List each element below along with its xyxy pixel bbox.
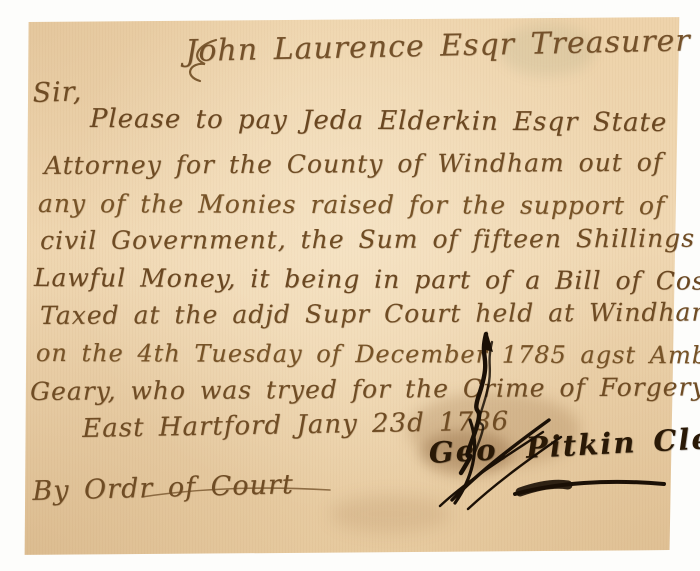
body-line: Attorney for the County of Windham out o…	[44, 148, 663, 180]
body-line: on the 4th Tuesday of December 1785 agst…	[36, 339, 700, 370]
body-line: any of the Monies raised for the support…	[38, 189, 665, 220]
body-line: Please to pay Jeda Elderkin Esqr State	[90, 104, 668, 138]
body-line: Taxed at the adjd Supr Court held at Win…	[40, 297, 700, 330]
body-line: Lawful Money, it being in part of a Bill…	[34, 263, 700, 296]
scanned-document-view: John Laurence Esqr Treasurer Sir, Please…	[0, 0, 700, 571]
salutation: Sir,	[32, 76, 83, 109]
body-line: Geary, who was tryed for the Crime of Fo…	[30, 372, 700, 406]
body-line: civil Government, the Sum of fifteen Shi…	[40, 224, 695, 255]
